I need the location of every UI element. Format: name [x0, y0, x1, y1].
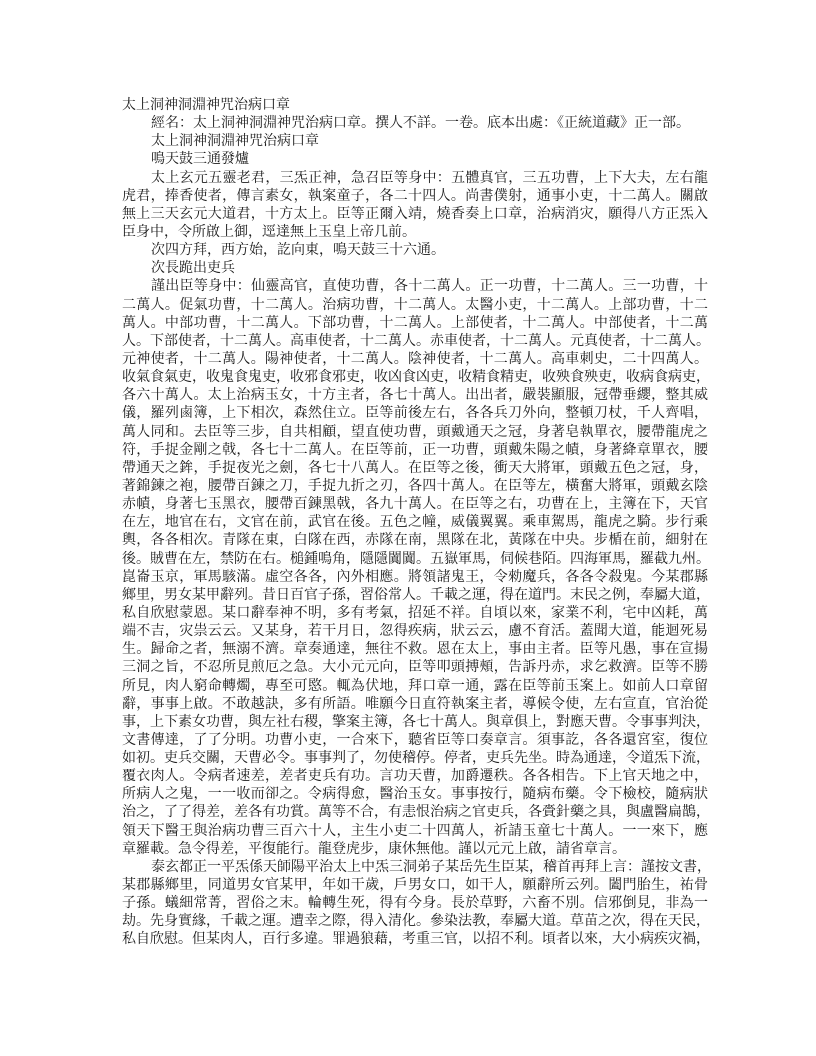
text-line: 如初。吏兵交關，天曹必令。事事判了，勿使稽停。停者，吏兵先坐。時為通達，令道炁下… — [122, 749, 708, 767]
text-line: 著錦鍊之袍，腰帶百鍊之刀，手捉九折之刃，各四十萬人。在臣等左，橫奮大將軍，頭戴玄… — [122, 477, 708, 495]
text-line: 收氣食氣吏，收鬼食鬼吏，收邪食邪吏，收凶食凶吏，收精食精吏，收殃食殃吏，收病食病… — [122, 368, 708, 386]
document-meta-line: 經名：太上洞神洞淵神咒治病口章。撰人不詳。一卷。底本出處：《正統道藏》正一部。 — [122, 114, 708, 132]
text-line: 某郡縣鄉里，同道男女官某甲，年如干歲，戶男女口，如干人，願辭所云列。闔門胎生，祐… — [122, 876, 708, 894]
text-line: 萬人同和。去臣等三步，自共相顧，望直使功曹，頭戴通天之冠，身著皂執單衣，腰帶龍虎… — [122, 423, 708, 441]
text-line: 覆衣肉人。令病者速差，差者吏兵有功。言功天曹，加爵遷秩。各各相告。下上官天地之中… — [122, 767, 708, 785]
text-line: 所病人之鬼，一一收而卻之。令病得愈，醫治玉女。事事按行，隨病布藥。令下檢校，隨病… — [122, 785, 708, 803]
text-line: 輿，各各相次。青隊在東，白隊在西，赤隊在南，黑隊在北，黃隊在中央。步楯在前，細射… — [122, 531, 708, 549]
text-line: 後。賊曹在左，禁防在右。槌鍾鳴角，隱隱闐闐。五嶽軍馬，伺候巷陌。四海軍馬，羅截九… — [122, 550, 708, 568]
document-subtitle: 太上洞神洞淵神咒治病口章 — [122, 132, 708, 150]
document-page: 太上洞神洞淵神咒治病口章 經名：太上洞神洞淵神咒治病口章。撰人不詳。一卷。底本出… — [122, 96, 708, 949]
paragraph-invocation: 太上玄元五靈老君，三炁正神，急召臣等身中：五體真官，三五功曹，上下大夫，左右龍 … — [122, 169, 708, 242]
text-line: 所見，肉人窮命轉燭，專至可愍。輒為伏地，拜口章一通，露在臣等前玉案上。如前人口章… — [122, 677, 708, 695]
text-line: 在左，地官在右，文官在前，武官在後。五色之幢，威儀翼翼。乘車駕馬，龍虎之騎。步行… — [122, 513, 708, 531]
text-line: 萬人。中部功曹，十二萬人。下部功曹，十二萬人。上部使者，十二萬人。中部使者，十二… — [122, 314, 708, 332]
text-line: 儀，羅列鹵簿，上下相次，森然住立。臣等前後左右，各各兵刀外向，整頓刀杖，千人齊唱… — [122, 404, 708, 422]
text-line: 領天下醫王與治病功曹三百六十人，主生小吏二十四萬人，祈請玉童七十萬人。一一來下，… — [122, 822, 708, 840]
text-line: 三洞之旨，不忍所見煎厄之急。大小元元向，臣等叩頭搏頰，告訴丹赤，求乞救濟。臣等不… — [122, 658, 708, 676]
text-line: 謹出臣等身中：仙靈高官，直使功曹，各十二萬人。正一功曹，十二萬人。三一功曹，十 — [122, 277, 708, 295]
text-line: 私自欣慰。但某肉人，百行多違。罪過狼藉，考重三官，以招不利。頃者以來，大小病疾灾… — [122, 930, 708, 948]
paragraph-summon-officials: 謹出臣等身中：仙靈高官，直使功曹，各十二萬人。正一功曹，十二萬人。三一功曹，十 … — [122, 277, 708, 858]
document-title: 太上洞神洞淵神咒治病口章 — [122, 96, 708, 114]
text-line: 二萬人。促氣功曹，十二萬人。治病功曹，十二萬人。太醫小吏，十二萬人。上部功曹，十… — [122, 296, 708, 314]
instruction-bow-four-directions: 次四方拜，西方始，訖向東，鳴天鼓三十六通。 — [122, 241, 708, 259]
text-line: 符，手捉金剛之戟，各七十二萬人。在臣等前，正一功曹，頭戴朱陽之幘，身著絳章單衣，… — [122, 441, 708, 459]
text-line: 崑崙玉京，軍馬駭滿。虛空各各，內外相應。將領諸鬼王，令勑魔兵，各各令殺鬼。今某郡… — [122, 568, 708, 586]
text-line: 虎君，捧香使者，傳言素女，執案童子，各二十四人。尚書僕射，通事小吏，十二萬人。關… — [122, 187, 708, 205]
text-line: 無上三天玄元大道君，十方太上。臣等正爾入靖，燒香奏上口章，治病消灾，願得八方正炁… — [122, 205, 708, 223]
text-line: 子孫。蟻細常菁，習俗之末。輪轉生死，得有今身。長於草野，六畜不別。信邪倒見，非為… — [122, 894, 708, 912]
text-line: 鄉里，男女某甲辭列。昔日百官子孫，習俗常人。千載之運，得在道門。末民之例，奉屬大… — [122, 586, 708, 604]
text-line: 赤幘，身著七玉黑衣，腰帶百鍊黑戟，各九十萬人。在臣等之右，功曹在上，主簿在下，天… — [122, 495, 708, 513]
text-line: 帶通天之鉾，手捉夜光之劍，各七十八萬人。在臣等之後，衝天大將軍，頭戴五色之冠，身… — [122, 459, 708, 477]
section-heading-drum: 鳴天鼓三通發爐 — [122, 150, 708, 168]
text-line: 泰玄都正一平炁係天師陽平治太上中炁三洞弟子某岳先生臣某，稽首再拜上言：謹按文書， — [122, 858, 708, 876]
text-line: 事，上下素女功曹，與左社右稷，擎案主簿，各七十萬人。與章俱上，對應天曹。令事事判… — [122, 713, 708, 731]
instruction-kneel-summon: 次長跪出吏兵 — [122, 259, 708, 277]
text-line: 元神使者，十二萬人。陽神使者，十二萬人。陰神使者，十二萬人。高車刺史，二十四萬人… — [122, 350, 708, 368]
text-line: 各六十萬人。太上治病玉女，十方主者，各七十萬人。出出者，嚴裝顯服，冠帶垂纓，整其… — [122, 386, 708, 404]
text-line: 辭，事事上啟。不敢越訣，多有所語。唯願今日直符執案主者，導候令使，左右宣直，官治… — [122, 695, 708, 713]
text-line: 治之，了了得差，差各有功賞。萬等不合，有恚恨治病之官吏兵，各賫針藥之具，與盧醫扁… — [122, 803, 708, 821]
paragraph-petition: 泰玄都正一平炁係天師陽平治太上中炁三洞弟子某岳先生臣某，稽首再拜上言：謹按文書，… — [122, 858, 708, 949]
text-line: 生。歸命之者，無溺不濟。章奏通達，無往不救。恩在太上，事由主者。臣等凡愚，事在宣… — [122, 640, 708, 658]
text-line: 人。下部使者，十二萬人。高車使者，十二萬人。赤車使者，十二萬人。元真使者，十二萬… — [122, 332, 708, 350]
text-line: 臣身中，令所啟上御，逕達無上玉皇上帝几前。 — [122, 223, 708, 241]
text-line: 太上玄元五靈老君，三炁正神，急召臣等身中：五體真官，三五功曹，上下大夫，左右龍 — [122, 169, 708, 187]
text-line: 端不吉，灾祟云云。又某身，若干月日，忽得疾病，狀云云，慮不育活。蓋聞大道，能迴死… — [122, 622, 708, 640]
text-line: 私自欣慰蒙恩。某口辭奉神不明，多有考氣，招延不祥。自頃以來，家業不利，宅中凶耗，… — [122, 604, 708, 622]
text-line: 劫。先身實緣，千載之運。遭幸之際，得入清化。參染法教，奉屬大道。草苗之次，得在天… — [122, 912, 708, 930]
text-line: 章羅載。急令得差，平復能行。龍登虎步，康休無他。謹以元元上啟，請省章言。 — [122, 840, 708, 858]
text-line: 文書傳達，了了分明。功曹小吏，一合來下，聽省臣等口奏章言。須事訖，各各還宮室，復… — [122, 731, 708, 749]
